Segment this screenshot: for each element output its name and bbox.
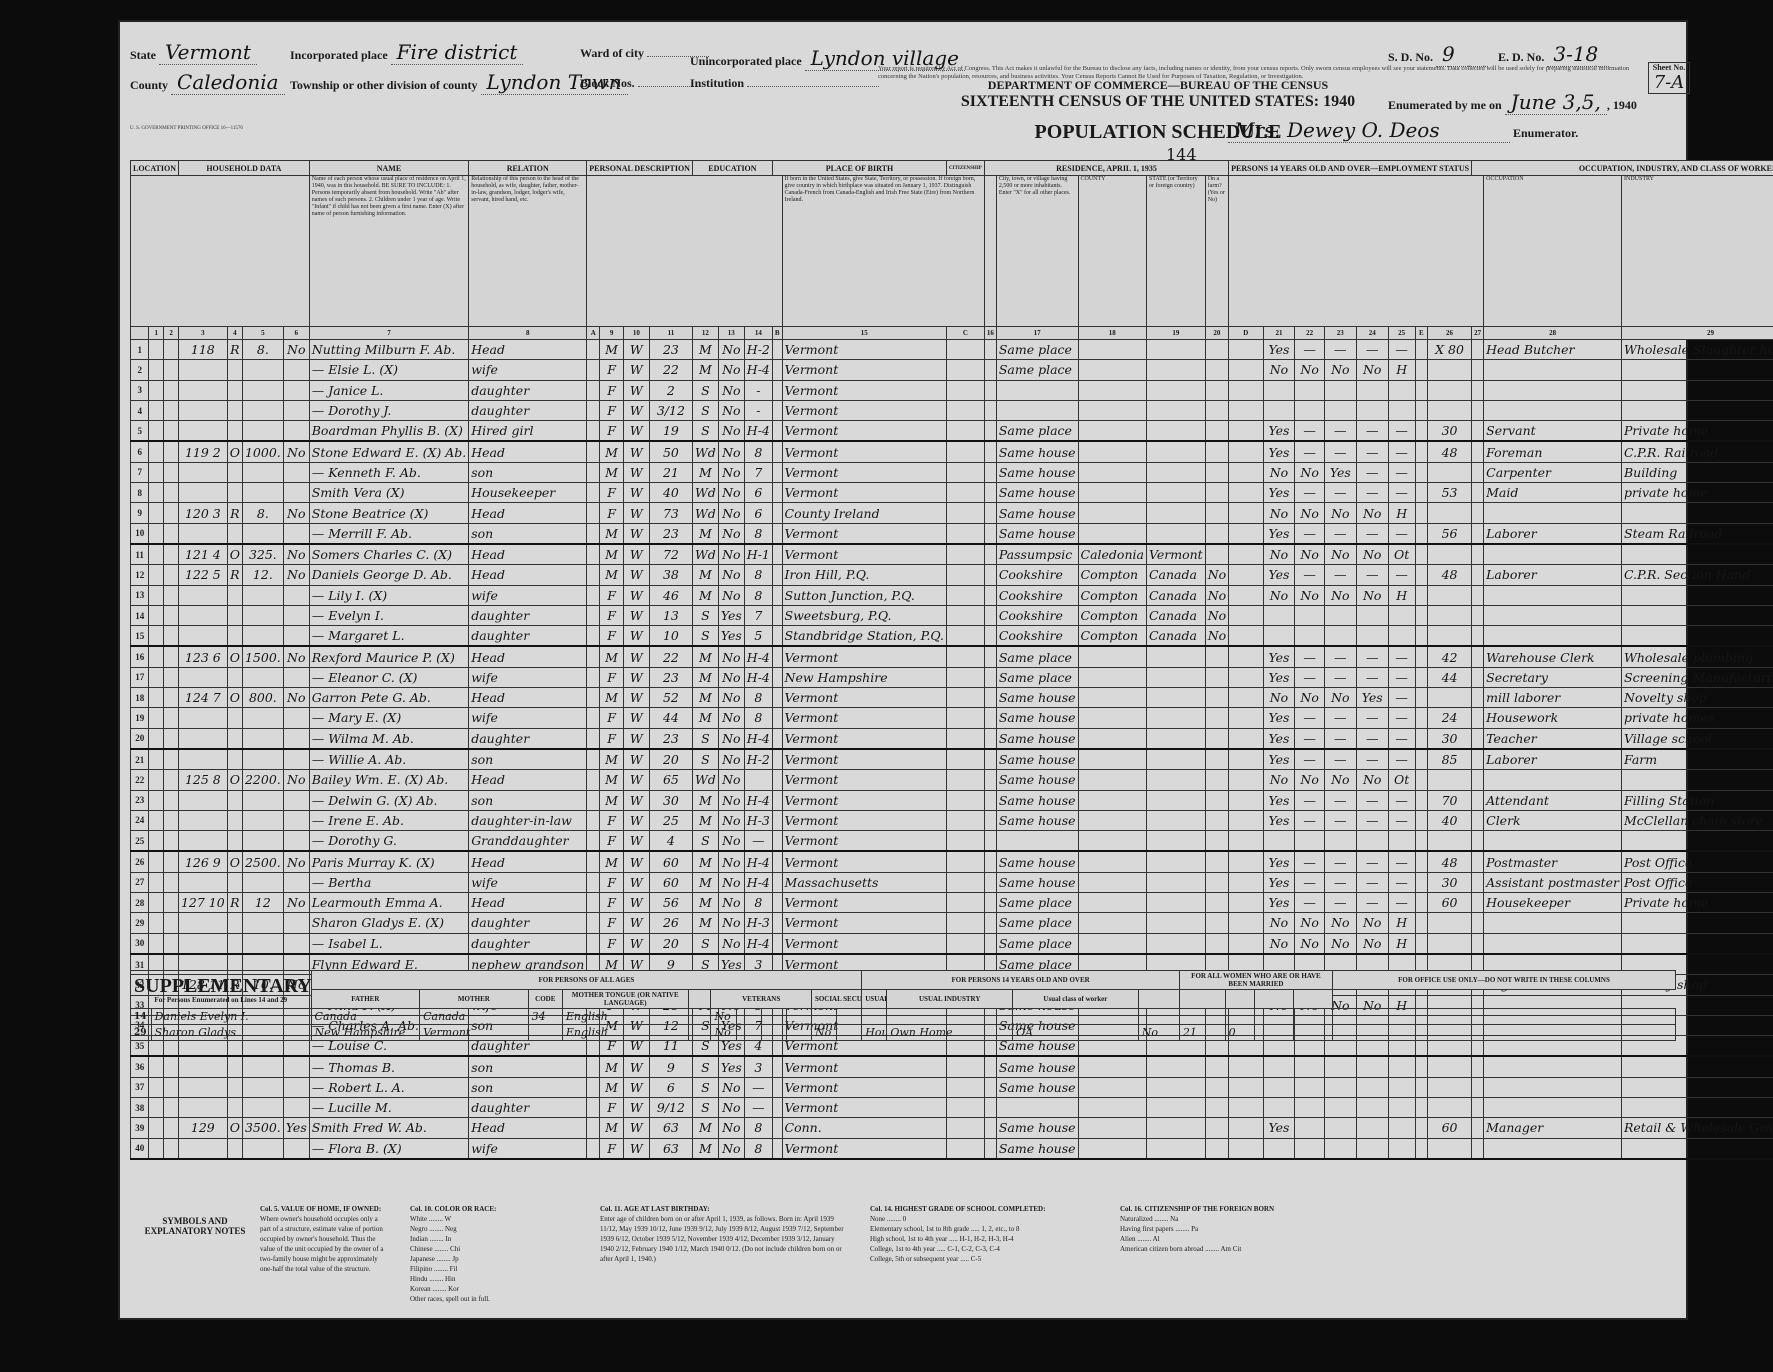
cell-race: W [623, 1056, 649, 1077]
cell-work: Yes [1263, 749, 1295, 770]
sd-value: 9 [1436, 42, 1488, 67]
cell-hours [1427, 503, 1471, 523]
cell-ind: private home [1622, 483, 1773, 503]
cell-rfarm [1205, 441, 1228, 462]
cell-name: Daniels George D. Ab. [309, 565, 468, 585]
cell-rfarm [1205, 933, 1228, 954]
sd-field: S. D. No. 9 [1388, 42, 1488, 67]
cell-dwell [178, 400, 227, 420]
cell-grade: 3 [744, 1056, 772, 1077]
cell-grade: H-4 [744, 790, 772, 810]
cell-ind [1622, 933, 1773, 954]
cell-rel: son [469, 1077, 587, 1097]
cell-grade: 8 [744, 1118, 772, 1138]
cell-rel: wife [469, 585, 587, 605]
cell-ind [1622, 1077, 1773, 1097]
cell-rstate [1146, 1056, 1205, 1077]
note-item: Elementary school, 1st to 8th grade ....… [870, 1224, 1090, 1234]
column-number: 5 [242, 327, 283, 340]
cell-hours: 30 [1427, 421, 1471, 442]
cell-dwell [178, 667, 227, 687]
cell-rfarm [1205, 831, 1228, 852]
column-number: 24 [1356, 327, 1388, 340]
cell-line: 16 [131, 646, 149, 667]
cell-type: H [1388, 933, 1415, 954]
cell-rcounty [1078, 380, 1146, 400]
cell-sex: F [600, 1138, 623, 1159]
cell-race: W [623, 1097, 649, 1117]
cell-value [242, 831, 283, 852]
column-number: 1 [149, 327, 164, 340]
cell-type: — [1388, 851, 1415, 872]
cell-mar: M [692, 708, 718, 728]
cell-race: W [623, 360, 649, 380]
cell-value [242, 749, 283, 770]
cell-res: Same place [996, 360, 1078, 380]
cell-sex: M [600, 1118, 623, 1138]
cell-dwell: 127 10 [178, 893, 227, 913]
cell-rstate [1146, 1138, 1205, 1159]
cell-type: H [1388, 913, 1415, 933]
cell-work: Yes [1263, 340, 1295, 360]
cell-rel: daughter [469, 400, 587, 420]
cell-work [1263, 626, 1295, 647]
cell-job [1356, 1077, 1388, 1097]
cell-mar: M [692, 810, 718, 830]
cell-type: H [1388, 585, 1415, 605]
cell-name: Garron Pete G. Ab. [309, 688, 468, 708]
cell-hours [1427, 913, 1471, 933]
cell-ind: Private home [1622, 421, 1773, 442]
supplementary-rows: 14Daniels Evelyn I.CanadaCanada34English… [131, 1009, 1676, 1041]
cell-sch: No [718, 1097, 744, 1117]
note-item: Other races, spell out in full. [410, 1294, 570, 1304]
cell-rstate [1146, 790, 1205, 810]
supp-cell-tongue: English [562, 1025, 688, 1041]
enumerator-field: Mrs. Dewey O. Deos Enumerator. [1228, 118, 1578, 143]
cell-rel: Head [469, 544, 587, 565]
cell-birth: Standbridge Station, P.Q. [782, 626, 946, 647]
cell-birth: Vermont [782, 933, 946, 954]
cell-rel: wife [469, 360, 587, 380]
cell-rstate [1146, 646, 1205, 667]
cell-farm: No [283, 646, 309, 667]
cell-sex: F [600, 585, 623, 605]
table-row: 36— Thomas B.sonMW9SYes3VermontSame hous… [131, 1056, 1773, 1077]
cell-sch: No [718, 770, 744, 790]
cell-name: — Elsie L. (X) [309, 360, 468, 380]
cell-sex: M [600, 523, 623, 544]
cell-line: 29 [131, 913, 149, 933]
cell-res: Same house [996, 483, 1078, 503]
cell-name: Sharon Gladys E. (X) [309, 913, 468, 933]
cell-line: 1 [131, 340, 149, 360]
cell-rfarm: No [1205, 626, 1228, 647]
cell-job: — [1356, 728, 1388, 749]
cell-rfarm [1205, 790, 1228, 810]
cell-farm [283, 1056, 309, 1077]
cell-rfarm [1205, 749, 1228, 770]
cell-rstate [1146, 749, 1205, 770]
cell-rstate [1146, 831, 1205, 852]
supp-cell-code [528, 1025, 562, 1041]
note-col11: Col. 11. AGE AT LAST BIRTHDAY:Enter age … [600, 1204, 850, 1264]
cell-line: 5 [131, 421, 149, 442]
cell-farm [283, 913, 309, 933]
cell-farm [283, 1077, 309, 1097]
cell-emerg [1295, 831, 1324, 852]
cell-sch: No [718, 441, 744, 462]
table-row: 40— Flora B. (X)wifeFW63MNo8VermontSame … [131, 1138, 1773, 1159]
cell-value [242, 523, 283, 544]
cell-value: 325. [242, 544, 283, 565]
cell-birth: Vermont [782, 851, 946, 872]
cell-rstate [1146, 810, 1205, 830]
cell-race: W [623, 626, 649, 647]
cell-job: — [1356, 810, 1388, 830]
cell-age: 72 [649, 544, 692, 565]
cell-rel: son [469, 790, 587, 810]
ed-field: E. D. No. 3-18 [1498, 42, 1609, 67]
cell-line: 19 [131, 708, 149, 728]
cell-sex: F [600, 380, 623, 400]
cell-line: 7 [131, 462, 149, 482]
column-number: 26 [1427, 327, 1471, 340]
cell-job: No [1356, 544, 1388, 565]
cell-name: — Janice L. [309, 380, 468, 400]
cell-work: No [1263, 462, 1295, 482]
cell-type [1388, 380, 1415, 400]
cell-birth: New Hampshire [782, 667, 946, 687]
column-number: 14 [744, 327, 772, 340]
cell-owned [227, 913, 242, 933]
cell-res: Same place [996, 893, 1078, 913]
cell-emerg: No [1295, 688, 1324, 708]
cell-rcounty [1078, 667, 1146, 687]
cell-job: — [1356, 483, 1388, 503]
cell-seek: — [1324, 872, 1356, 892]
cell-hours [1427, 1077, 1471, 1097]
cell-owned [227, 523, 242, 544]
cell-seek [1324, 380, 1356, 400]
cell-line: 14 [131, 605, 149, 625]
note-item: Negro ........ Neg [410, 1224, 570, 1234]
cell-rfarm [1205, 360, 1228, 380]
cell-sex: F [600, 831, 623, 852]
column-number: 16 [984, 327, 996, 340]
cell-mar: S [692, 933, 718, 954]
cell-rel: Head [469, 340, 587, 360]
cell-emerg [1295, 1056, 1324, 1077]
cell-rel: daughter-in-law [469, 810, 587, 830]
cell-value [242, 667, 283, 687]
cell-name: — Margaret L. [309, 626, 468, 647]
cell-age: 46 [649, 585, 692, 605]
cell-age: 65 [649, 770, 692, 790]
cell-res: Same place [996, 667, 1078, 687]
cell-birth: Iron Hill, P.Q. [782, 565, 946, 585]
cell-grade: H-1 [744, 544, 772, 565]
cell-emerg: — [1295, 646, 1324, 667]
table-row: 28127 10R12NoLearmouth Emma A.HeadFW56MN… [131, 893, 1773, 913]
note-item: None ........ 0 [870, 1214, 1090, 1224]
cell-grade: H-2 [744, 340, 772, 360]
cell-emerg [1295, 1097, 1324, 1117]
enumerator-name: Mrs. Dewey O. Deos [1228, 118, 1510, 143]
cell-hours [1427, 380, 1471, 400]
cell-occ [1484, 1077, 1622, 1097]
cell-name: Learmouth Emma A. [309, 893, 468, 913]
cell-type: — [1388, 728, 1415, 749]
cell-mar: M [692, 360, 718, 380]
cell-seek [1324, 831, 1356, 852]
cell-occ: Laborer [1484, 565, 1622, 585]
cell-rfarm [1205, 770, 1228, 790]
cell-ind: Village school [1622, 728, 1773, 749]
cell-farm: No [283, 544, 309, 565]
cell-seek: No [1324, 913, 1356, 933]
cell-rcounty [1078, 483, 1146, 503]
cell-work: Yes [1263, 790, 1295, 810]
cell-mar: M [692, 913, 718, 933]
cell-emerg: — [1295, 872, 1324, 892]
cell-rel: Head [469, 646, 587, 667]
cell-res: Same place [996, 933, 1078, 954]
cell-sch: No [718, 1138, 744, 1159]
supp-cell-line: 29 [131, 1025, 152, 1041]
cell-birth: Sweetsburg, P.Q. [782, 605, 946, 625]
cell-work [1263, 1077, 1295, 1097]
cell-occ [1484, 1056, 1622, 1077]
cell-value [242, 400, 283, 420]
column-number [131, 327, 149, 340]
cell-seek [1324, 626, 1356, 647]
cell-emerg: — [1295, 340, 1324, 360]
cell-race: W [623, 544, 649, 565]
column-number: D [1229, 327, 1263, 340]
cell-seek: — [1324, 749, 1356, 770]
supplementary-questions: SUPPLEMENTARY QUESTIONSFor Persons Enume… [130, 970, 1676, 1041]
cell-grade: — [744, 831, 772, 852]
cell-rcounty [1078, 708, 1146, 728]
note-item: Having first papers ........ Pa [1120, 1224, 1300, 1234]
supp-cell-ss [811, 1009, 836, 1025]
cell-age: 20 [649, 749, 692, 770]
cell-hours [1427, 605, 1471, 625]
cell-type: — [1388, 646, 1415, 667]
cell-rel: daughter [469, 380, 587, 400]
cell-type: — [1388, 421, 1415, 442]
cell-race: W [623, 400, 649, 420]
cell-owned: O [227, 770, 242, 790]
cell-race: W [623, 646, 649, 667]
cell-occ [1484, 503, 1622, 523]
table-row: 8Smith Vera (X)HousekeeperFW40WdNo6Vermo… [131, 483, 1773, 503]
cell-rfarm: No [1205, 605, 1228, 625]
cell-emerg: No [1295, 585, 1324, 605]
cell-work: Yes [1263, 646, 1295, 667]
cell-job: — [1356, 523, 1388, 544]
supplementary-title-cell: SUPPLEMENTARY QUESTIONSFor Persons Enume… [131, 971, 312, 1009]
cell-seek: — [1324, 728, 1356, 749]
cell-sex: M [600, 1056, 623, 1077]
cell-type: — [1388, 523, 1415, 544]
cell-job: — [1356, 790, 1388, 810]
cell-name: — Delwin G. (X) Ab. [309, 790, 468, 810]
cell-seek: — [1324, 441, 1356, 462]
cell-dwell [178, 380, 227, 400]
cell-birth: Vermont [782, 523, 946, 544]
column-number: 4 [227, 327, 242, 340]
cell-seek: No [1324, 544, 1356, 565]
cell-hours [1427, 1097, 1471, 1117]
cell-dwell [178, 831, 227, 852]
cell-dwell [178, 360, 227, 380]
cell-type [1388, 400, 1415, 420]
cell-owned: O [227, 646, 242, 667]
table-row: 21— Willie A. Ab.sonMW20SNoH-2VermontSam… [131, 749, 1773, 770]
cell-grade: H-4 [744, 360, 772, 380]
cell-work [1263, 605, 1295, 625]
cell-sch: No [718, 893, 744, 913]
table-row: 19— Mary E. (X)wifeFW44MNo8VermontSame h… [131, 708, 1773, 728]
cell-dwell [178, 483, 227, 503]
cell-birth: Vermont [782, 749, 946, 770]
cell-type: H [1388, 360, 1415, 380]
cell-rel: daughter [469, 728, 587, 749]
cell-race: W [623, 441, 649, 462]
cell-ind [1622, 1056, 1773, 1077]
cell-emerg: — [1295, 810, 1324, 830]
cell-grade: 7 [744, 462, 772, 482]
cell-rstate [1146, 667, 1205, 687]
unincorporated-field: Unincorporated place Lyndon village [690, 46, 965, 71]
cell-work [1263, 1097, 1295, 1117]
supp-cell-line: 14 [131, 1009, 152, 1025]
cell-sex: F [600, 872, 623, 892]
cell-name: Bailey Wm. E. (X) Ab. [309, 770, 468, 790]
cell-occ: mill laborer [1484, 688, 1622, 708]
cell-ind: Wholesale Slaughter house [1622, 340, 1773, 360]
cell-res: Same house [996, 749, 1078, 770]
cell-owned [227, 421, 242, 442]
cell-owned [227, 749, 242, 770]
department-title: DEPARTMENT OF COMMERCE—BUREAU OF THE CEN… [948, 78, 1368, 93]
cell-sex: F [600, 913, 623, 933]
supp-cell-age_married [1179, 1009, 1225, 1025]
ed-value: 3-18 [1547, 42, 1609, 67]
cell-sch: No [718, 851, 744, 872]
column-number: 27 [1472, 327, 1484, 340]
cell-value [242, 585, 283, 605]
cell-hours: 42 [1427, 646, 1471, 667]
cell-mar: Wd [692, 544, 718, 565]
cell-dwell [178, 933, 227, 954]
supp-cell-usual_occ [862, 1009, 887, 1025]
table-row: 15— Margaret L.daughterFW10SYes5Standbri… [131, 626, 1773, 647]
cell-rstate: Canada [1146, 585, 1205, 605]
cell-type [1388, 626, 1415, 647]
cell-rstate [1146, 913, 1205, 933]
cell-rel: son [469, 523, 587, 544]
cell-farm [283, 400, 309, 420]
cell-age: 3/12 [649, 400, 692, 420]
table-row: 22125 8O2200.NoBailey Wm. E. (X) Ab.Head… [131, 770, 1773, 790]
cell-dwell [178, 749, 227, 770]
cell-value [242, 605, 283, 625]
cell-owned: O [227, 851, 242, 872]
cell-grade: 8 [744, 585, 772, 605]
cell-owned: R [227, 565, 242, 585]
cell-owned: O [227, 441, 242, 462]
cell-type: — [1388, 483, 1415, 503]
cell-sch: Yes [718, 626, 744, 647]
cell-rstate [1146, 688, 1205, 708]
cell-dwell: 119 2 [178, 441, 227, 462]
cell-seek: No [1324, 933, 1356, 954]
cell-dwell: 121 4 [178, 544, 227, 565]
cell-sch: No [718, 749, 744, 770]
cell-age: 2 [649, 380, 692, 400]
cell-emerg: — [1295, 728, 1324, 749]
cell-sex: M [600, 790, 623, 810]
cell-job: — [1356, 565, 1388, 585]
cell-age: 52 [649, 688, 692, 708]
cell-ind: Wholesale plumbing [1622, 646, 1773, 667]
cell-sex: M [600, 1077, 623, 1097]
cell-emerg [1295, 626, 1324, 647]
cell-farm [283, 585, 309, 605]
cell-dwell: 129 [178, 1118, 227, 1138]
cell-age: 26 [649, 913, 692, 933]
cell-birth: Vermont [782, 462, 946, 482]
cell-hours: 60 [1427, 893, 1471, 913]
cell-rcounty [1078, 340, 1146, 360]
cell-name: — Flora B. (X) [309, 1138, 468, 1159]
cell-ind: Steam Railroad [1622, 523, 1773, 544]
cell-grade: H-4 [744, 728, 772, 749]
cell-ind: Novelty shop [1622, 688, 1773, 708]
cell-seek [1324, 1138, 1356, 1159]
cell-line: 20 [131, 728, 149, 749]
cell-work [1263, 380, 1295, 400]
table-row: 11121 4O325.NoSomers Charles C. (X)HeadM… [131, 544, 1773, 565]
cell-rfarm [1205, 810, 1228, 830]
sheet-header: Your report is required by Act of Congre… [118, 20, 1688, 170]
cell-hours: 60 [1427, 1118, 1471, 1138]
cell-line: 37 [131, 1077, 149, 1097]
cell-work: Yes [1263, 872, 1295, 892]
cell-occ: Housework [1484, 708, 1622, 728]
cell-rfarm [1205, 1118, 1228, 1138]
cell-rstate [1146, 770, 1205, 790]
cell-rcounty [1078, 688, 1146, 708]
cell-hours [1427, 770, 1471, 790]
cell-mar: S [692, 380, 718, 400]
cell-mar: M [692, 340, 718, 360]
cell-birth: County Ireland [782, 503, 946, 523]
table-row: 30— Isabel L.daughterFW20SNoH-4VermontSa… [131, 933, 1773, 954]
cell-hours [1427, 933, 1471, 954]
cell-res: Same house [996, 728, 1078, 749]
cell-sch: No [718, 523, 744, 544]
cell-age: 23 [649, 340, 692, 360]
cell-hours: 30 [1427, 728, 1471, 749]
cell-line: 10 [131, 523, 149, 544]
cell-rcounty [1078, 933, 1146, 954]
cell-name: — Dorothy J. [309, 400, 468, 420]
cell-name: — Evelyn I. [309, 605, 468, 625]
